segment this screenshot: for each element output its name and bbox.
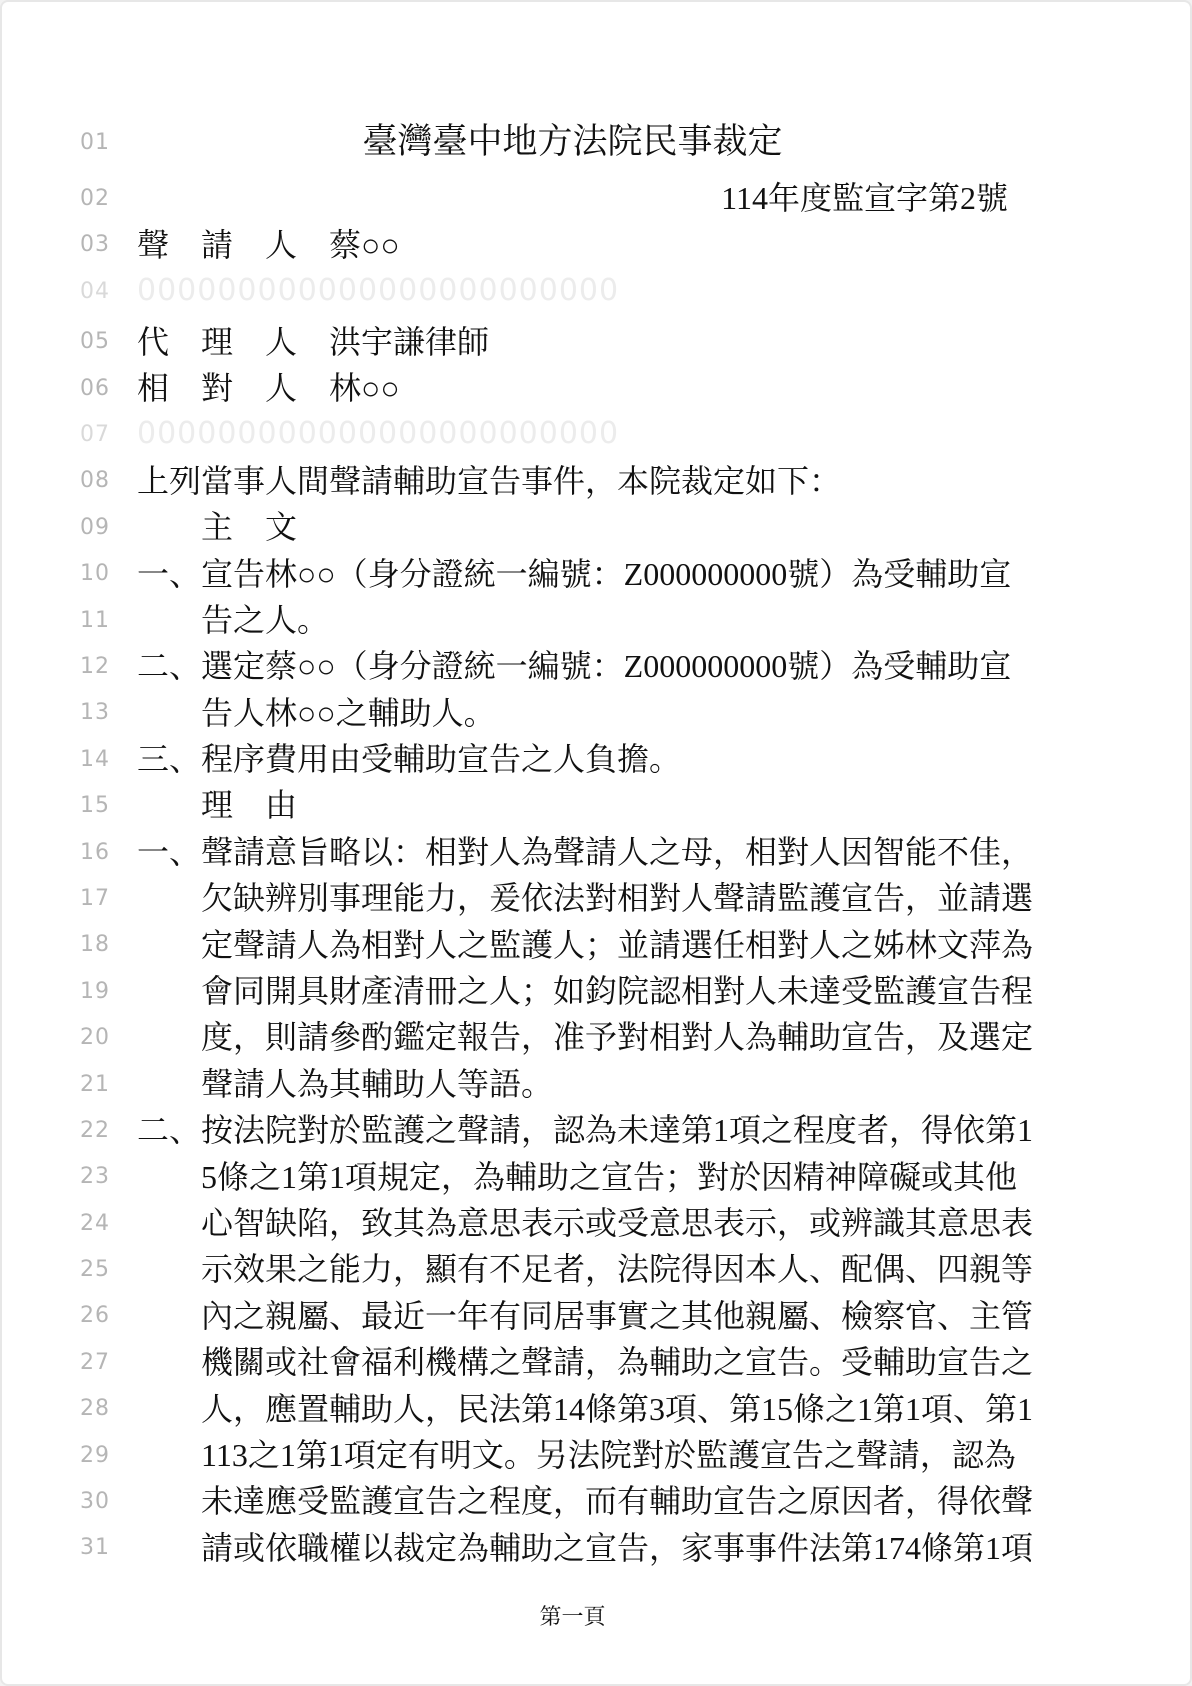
line-number: 12 — [80, 654, 137, 679]
line-number: 06 — [80, 376, 137, 401]
line-text: 定聲請人為相對人之監護人；並請選任相對人之姊林文萍為 — [137, 922, 1192, 968]
line-text: 二、按法院對於監護之聲請，認為未達第1項之程度者，得依第1 — [137, 1107, 1192, 1153]
line-text: 主 文 — [137, 504, 1190, 550]
line-number: 07 — [80, 422, 137, 447]
document-line: 06 相 對 人 林○○ — [2, 365, 1190, 411]
document-line: 14 三、程序費用由受輔助宣告之人負擔。 — [2, 736, 1190, 782]
line-text: 一、宣告林○○（身分證統一編號：Z000000000號）為受輔助宣 — [137, 551, 1192, 597]
line-text: 會同開具財產清冊之人；如鈞院認相對人未達受監護宣告程 — [137, 968, 1192, 1014]
line-number: 10 — [80, 561, 137, 586]
line-text: 上列當事人間聲請輔助宣告事件，本院裁定如下： — [137, 458, 1190, 504]
document-line: 11 告之人。 — [2, 597, 1190, 643]
line-number: 28 — [80, 1396, 137, 1421]
document-line: 08 上列當事人間聲請輔助宣告事件，本院裁定如下： — [2, 458, 1190, 504]
document-line: 27 機關或社會福利機構之聲請，為輔助之宣告。受輔助宣告之 — [2, 1339, 1190, 1385]
line-number: 14 — [80, 747, 137, 772]
line-number: 04 — [80, 279, 137, 304]
document-line: 13 告人林○○之輔助人。 — [2, 690, 1190, 736]
line-text: 一、聲請意旨略以：相對人為聲請人之母，相對人因智能不佳， — [137, 829, 1192, 875]
line-text: 三、程序費用由受輔助宣告之人負擔。 — [137, 736, 1190, 782]
line-number: 29 — [80, 1443, 137, 1468]
line-text: 聲 請 人 蔡○○ — [137, 222, 1190, 268]
document-line: 28 人，應置輔助人，民法第14條第3項、第15條之1第1項、第1 — [2, 1386, 1190, 1432]
line-text: 相 對 人 林○○ — [137, 365, 1190, 411]
line-number: 15 — [80, 793, 137, 818]
document-line: 19 會同開具財產清冊之人；如鈞院認相對人未達受監護宣告程 — [2, 968, 1190, 1014]
line-text: 人，應置輔助人，民法第14條第3項、第15條之1第1項、第1 — [137, 1386, 1192, 1432]
document-line: 24 心智缺陷，致其為意思表示或受意思表示，或辨識其意思表 — [2, 1200, 1190, 1246]
line-number: 17 — [80, 886, 137, 911]
document-line: 15 理 由 — [2, 782, 1190, 828]
line-text: 欠缺辨別事理能力，爰依法對相對人聲請監護宣告，並請選 — [137, 875, 1192, 921]
line-text: 000000000000000000000000 — [137, 411, 1190, 457]
document-line: 22 二、按法院對於監護之聲請，認為未達第1項之程度者，得依第1 — [2, 1107, 1190, 1153]
page-footer: 第一頁 — [137, 1600, 1008, 1631]
line-text: 告之人。 — [137, 597, 1190, 643]
document-line: 26 內之親屬、最近一年有同居事實之其他親屬、檢察官、主管 — [2, 1293, 1190, 1339]
line-number: 09 — [80, 515, 137, 540]
document-line: 04 000000000000000000000000 — [2, 268, 1190, 314]
line-text: 臺灣臺中地方法院民事裁定 — [137, 119, 1190, 165]
document-line: 10 一、宣告林○○（身分證統一編號：Z000000000號）為受輔助宣 — [2, 551, 1190, 597]
line-text: 機關或社會福利機構之聲請，為輔助之宣告。受輔助宣告之 — [137, 1339, 1192, 1385]
document-line: 01 臺灣臺中地方法院民事裁定 — [2, 119, 1190, 165]
document-line: 17 欠缺辨別事理能力，爰依法對相對人聲請監護宣告，並請選 — [2, 875, 1190, 921]
line-number: 05 — [80, 329, 137, 354]
line-number: 11 — [80, 608, 137, 633]
line-number: 02 — [80, 186, 137, 211]
document-line: 25 示效果之能力，顯有不足者，法院得因本人、配偶、四親等 — [2, 1246, 1190, 1292]
document-line: 07 000000000000000000000000 — [2, 411, 1190, 457]
line-number: 21 — [80, 1072, 137, 1097]
line-text: 內之親屬、最近一年有同居事實之其他親屬、檢察官、主管 — [137, 1293, 1192, 1339]
line-number: 25 — [80, 1257, 137, 1282]
document-line: 05 代 理 人 洪宇謙律師 — [2, 319, 1190, 365]
line-number: 03 — [80, 232, 137, 257]
line-text: 理 由 — [137, 782, 1190, 828]
line-text: 聲請人為其輔助人等語。 — [137, 1061, 1190, 1107]
line-number: 18 — [80, 932, 137, 957]
line-text: 請或依職權以裁定為輔助之宣告，家事事件法第174條第1項 — [137, 1525, 1192, 1571]
line-number: 31 — [80, 1535, 137, 1560]
document-line: 18 定聲請人為相對人之監護人；並請選任相對人之姊林文萍為 — [2, 922, 1190, 968]
line-number: 16 — [80, 840, 137, 865]
line-text: 113之1第1項定有明文。另法院對於監護宣告之聲請，認為 — [137, 1432, 1192, 1478]
line-text: 代 理 人 洪宇謙律師 — [137, 319, 1190, 365]
line-number: 23 — [80, 1164, 137, 1189]
line-number: 20 — [80, 1025, 137, 1050]
document-line: 09 主 文 — [2, 504, 1190, 550]
line-number: 13 — [80, 700, 137, 725]
line-text: 示效果之能力，顯有不足者，法院得因本人、配偶、四親等 — [137, 1246, 1192, 1292]
line-number: 30 — [80, 1489, 137, 1514]
line-number: 27 — [80, 1350, 137, 1375]
line-text: 心智缺陷，致其為意思表示或受意思表示，或辨識其意思表 — [137, 1200, 1192, 1246]
line-text: 告人林○○之輔助人。 — [137, 690, 1190, 736]
document-line: 02 114年度監宣字第2號 — [2, 175, 1190, 221]
line-text: 度，則請參酌鑑定報告，准予對相對人為輔助宣告，及選定 — [137, 1014, 1192, 1060]
document-line: 29 113之1第1項定有明文。另法院對於監護宣告之聲請，認為 — [2, 1432, 1190, 1478]
document-line: 20 度，則請參酌鑑定報告，准予對相對人為輔助宣告，及選定 — [2, 1014, 1190, 1060]
document-line: 30 未達應受監護宣告之程度，而有輔助宣告之原因者，得依聲 — [2, 1478, 1190, 1524]
document-line: 31 請或依職權以裁定為輔助之宣告，家事事件法第174條第1項 — [2, 1525, 1190, 1571]
document-line: 21 聲請人為其輔助人等語。 — [2, 1061, 1190, 1107]
line-text: 二、選定蔡○○（身分證統一編號：Z000000000號）為受輔助宣 — [137, 643, 1192, 689]
line-number: 01 — [80, 130, 137, 155]
line-number: 22 — [80, 1118, 137, 1143]
line-text: 114年度監宣字第2號 — [137, 175, 1190, 221]
line-text: 未達應受監護宣告之程度，而有輔助宣告之原因者，得依聲 — [137, 1478, 1192, 1524]
line-number: 26 — [80, 1303, 137, 1328]
line-number: 24 — [80, 1211, 137, 1236]
line-text: 5條之1第1項規定，為輔助之宣告；對於因精神障礙或其他 — [137, 1154, 1192, 1200]
ruling-text-area: 01 臺灣臺中地方法院民事裁定 02 114年度監宣字第2號 03 聲 請 人 … — [2, 119, 1190, 1571]
line-text: 000000000000000000000000 — [137, 268, 1190, 314]
document-line: 16 一、聲請意旨略以：相對人為聲請人之母，相對人因智能不佳， — [2, 829, 1190, 875]
line-number: 08 — [80, 468, 137, 493]
document-line: 23 5條之1第1項規定，為輔助之宣告；對於因精神障礙或其他 — [2, 1154, 1190, 1200]
document-line: 12 二、選定蔡○○（身分證統一編號：Z000000000號）為受輔助宣 — [2, 643, 1190, 689]
line-number: 19 — [80, 979, 137, 1004]
court-ruling-page: 01 臺灣臺中地方法院民事裁定 02 114年度監宣字第2號 03 聲 請 人 … — [0, 0, 1192, 1686]
document-line: 03 聲 請 人 蔡○○ — [2, 222, 1190, 268]
